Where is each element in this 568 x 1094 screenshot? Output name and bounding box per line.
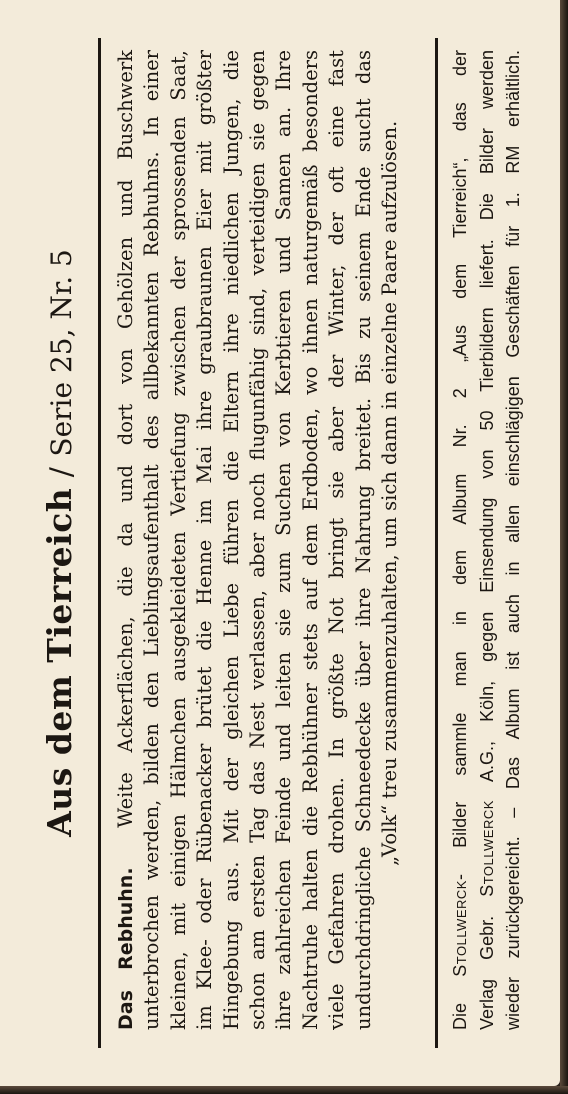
article-body: Das Rebhuhn. Weite Ackerflächen, die da … xyxy=(113,50,403,1030)
body-line: „Volk“ treu zusammenzuhalten, um sich da… xyxy=(377,50,403,1030)
title-main: Aus dem Tierreich xyxy=(40,488,79,837)
title-series: Serie 25, Nr. 5 xyxy=(45,249,78,456)
body-line: undurchdringliche Schneedecke über ihre … xyxy=(351,50,377,1030)
footer-line: wieder zurückgereicht. – Das Album ist a… xyxy=(500,50,527,1030)
body-line: unterbrochen werden, bilden den Liebling… xyxy=(139,50,165,1030)
body-line: Das Rebhuhn. Weite Ackerflächen, die da … xyxy=(113,50,139,1030)
body-line-text: Weite Ackerflächen, die da und dort von … xyxy=(114,50,137,828)
body-line: ihre zahlreichen Feinde und leiten sie z… xyxy=(271,50,297,1030)
divider-bottom xyxy=(435,38,438,1048)
body-line: kleinen, mit einigen Hälmchen ausgekleid… xyxy=(166,50,192,1030)
footer-text: Verlag Gebr. xyxy=(477,897,497,1030)
body-line: schon am ersten Tag das Nest verlassen, … xyxy=(245,50,271,1030)
title-separator: / xyxy=(44,467,79,477)
card-content-rotated: Aus dem Tierreich / Serie 25, Nr. 5 Das … xyxy=(0,0,568,1094)
divider-top xyxy=(98,38,101,1048)
body-line: viele Gefahren drohen. In größte Not bri… xyxy=(324,50,350,1030)
brand-logo: Stollwerck xyxy=(477,800,497,897)
footer-text: - Bilder sammle man in dem Album Nr. 2 „… xyxy=(450,50,470,880)
footer-line: Die Stollwerck- Bilder sammle man in dem… xyxy=(447,50,474,1030)
footer-text: A.G., Köln, gegen Einsendung von 50 Tier… xyxy=(477,50,497,800)
body-line: Hingebung aus. Mit der gleichen Liebe fü… xyxy=(219,50,245,1030)
article-heading: Das Rebhuhn. xyxy=(115,867,137,1030)
card-title: Aus dem Tierreich / Serie 25, Nr. 5 xyxy=(40,38,82,1048)
body-line: Nachtruhe halten die Rebhühner stets auf… xyxy=(298,50,324,1030)
footer-text: Die xyxy=(450,977,470,1030)
brand-logo: Stollwerck xyxy=(450,880,470,977)
footer-line: Verlag Gebr. Stollwerck A.G., Köln, gege… xyxy=(474,50,501,1030)
publisher-footer: Die Stollwerck- Bilder sammle man in dem… xyxy=(447,50,527,1030)
body-line: im Klee- oder Rübenacker brütet die Henn… xyxy=(192,50,218,1030)
